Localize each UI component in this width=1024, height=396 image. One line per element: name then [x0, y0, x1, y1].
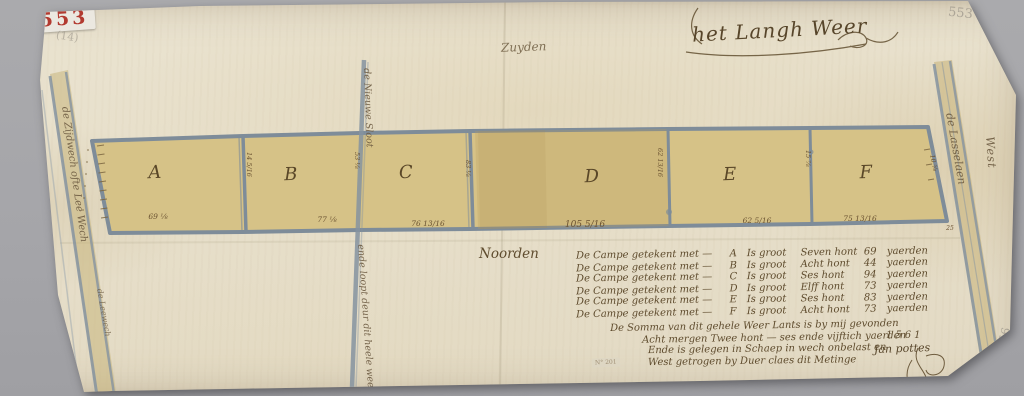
land-strip [82, 127, 947, 233]
legend-hont: Ses hont [800, 269, 863, 281]
legend-hont: Ses hont [800, 292, 863, 304]
pencil-number-top-right: 553 [947, 5, 973, 23]
surveyor-signature: Jan pottes [874, 341, 931, 356]
parcel-letter-c: C [399, 162, 414, 183]
measure-d-e: 62 13/16 [656, 148, 664, 177]
legend-mid: Is groot [747, 282, 801, 295]
fold-crease-horizontal [60, 238, 960, 243]
legend-letter: F [729, 306, 746, 318]
legend-count: 44 [864, 257, 887, 269]
parcel-legend: De Campe getekent met — A Is groot Seven… [576, 248, 928, 317]
date-year: 1561 [886, 330, 923, 341]
compass-north-label: Noorden [479, 246, 539, 262]
measure-f: 75 13/16 [843, 214, 877, 223]
legend-hont: Elff hont [800, 280, 864, 293]
legend-count: 69 [864, 246, 887, 258]
measure-corner: 25 [945, 225, 954, 232]
legend-mid: Is groot [747, 259, 801, 272]
archive-number: 553 [39, 6, 89, 31]
measure-c-d: 83 ⅛ [464, 160, 472, 177]
measure-e-f: 15 ⅞ [804, 150, 812, 167]
legend-hont: Acht hont [800, 303, 864, 316]
measure-b: 77 ⅛ [317, 215, 337, 224]
parchment-sheet: A B C D E F 69 ⅛ 77 ⅛ 76 13/16 105 5/16 … [0, 0, 1024, 396]
legend-mid: Is groot [747, 293, 801, 305]
scanned-map-page: A B C D E F 69 ⅛ 77 ⅛ 76 13/16 105 5/16 … [0, 0, 1024, 396]
collection-stamp: N° 201 [592, 358, 620, 368]
parchment-shadow: A B C D E F 69 ⅛ 77 ⅛ 76 13/16 105 5/16 … [0, 0, 1024, 396]
compass-west-label: West [983, 136, 999, 169]
compass-south-label: Zuyden [501, 39, 547, 55]
measure-d: 105 5/16 [565, 220, 606, 230]
legend-letter: B [729, 260, 746, 272]
measure-a: 69 ⅛ [148, 212, 168, 221]
legend-hont: Acht hont [800, 257, 864, 270]
legend-mid: Is groot [747, 305, 801, 318]
legend-unit: yaerden [887, 279, 928, 291]
compass-east-label: Oost [17, 181, 34, 214]
legend-letter: A [729, 248, 746, 260]
legend-count: 83 [864, 292, 887, 304]
legend-hont: Seven hont [800, 246, 863, 258]
measure-b-c: 53 ⅛ [353, 152, 361, 169]
measure-c: 76 13/16 [411, 219, 445, 228]
legend-unit: yaerden [887, 302, 928, 314]
legend-unit: yaerden [887, 256, 928, 268]
divider-e-f [810, 128, 812, 224]
legend-count: 73 [864, 280, 887, 292]
legend-letter: D [729, 283, 746, 295]
pencil-number-bottom-left: 653 [10, 316, 30, 342]
legend-prefix: De Campe getekent met — [576, 306, 730, 320]
legend-mid: Is groot [747, 247, 801, 259]
parcel-letter-e: E [722, 164, 737, 185]
parcel-letter-d: D [583, 166, 600, 188]
parcel-letter-a: A [146, 162, 162, 184]
legend-mid: Is groot [747, 270, 801, 282]
legend-count: 73 [864, 303, 887, 315]
legend-count: 94 [864, 269, 887, 281]
legend-letter: E [729, 294, 746, 306]
legend-letter: C [729, 271, 746, 283]
measure-e: 62 5/16 [743, 216, 772, 225]
parcel-letter-b: B [283, 164, 298, 185]
measure-a-b: 14 5/16 [245, 152, 253, 177]
parcel-d-dark-shading [478, 130, 547, 229]
parcel-letter-f: F [858, 162, 874, 184]
